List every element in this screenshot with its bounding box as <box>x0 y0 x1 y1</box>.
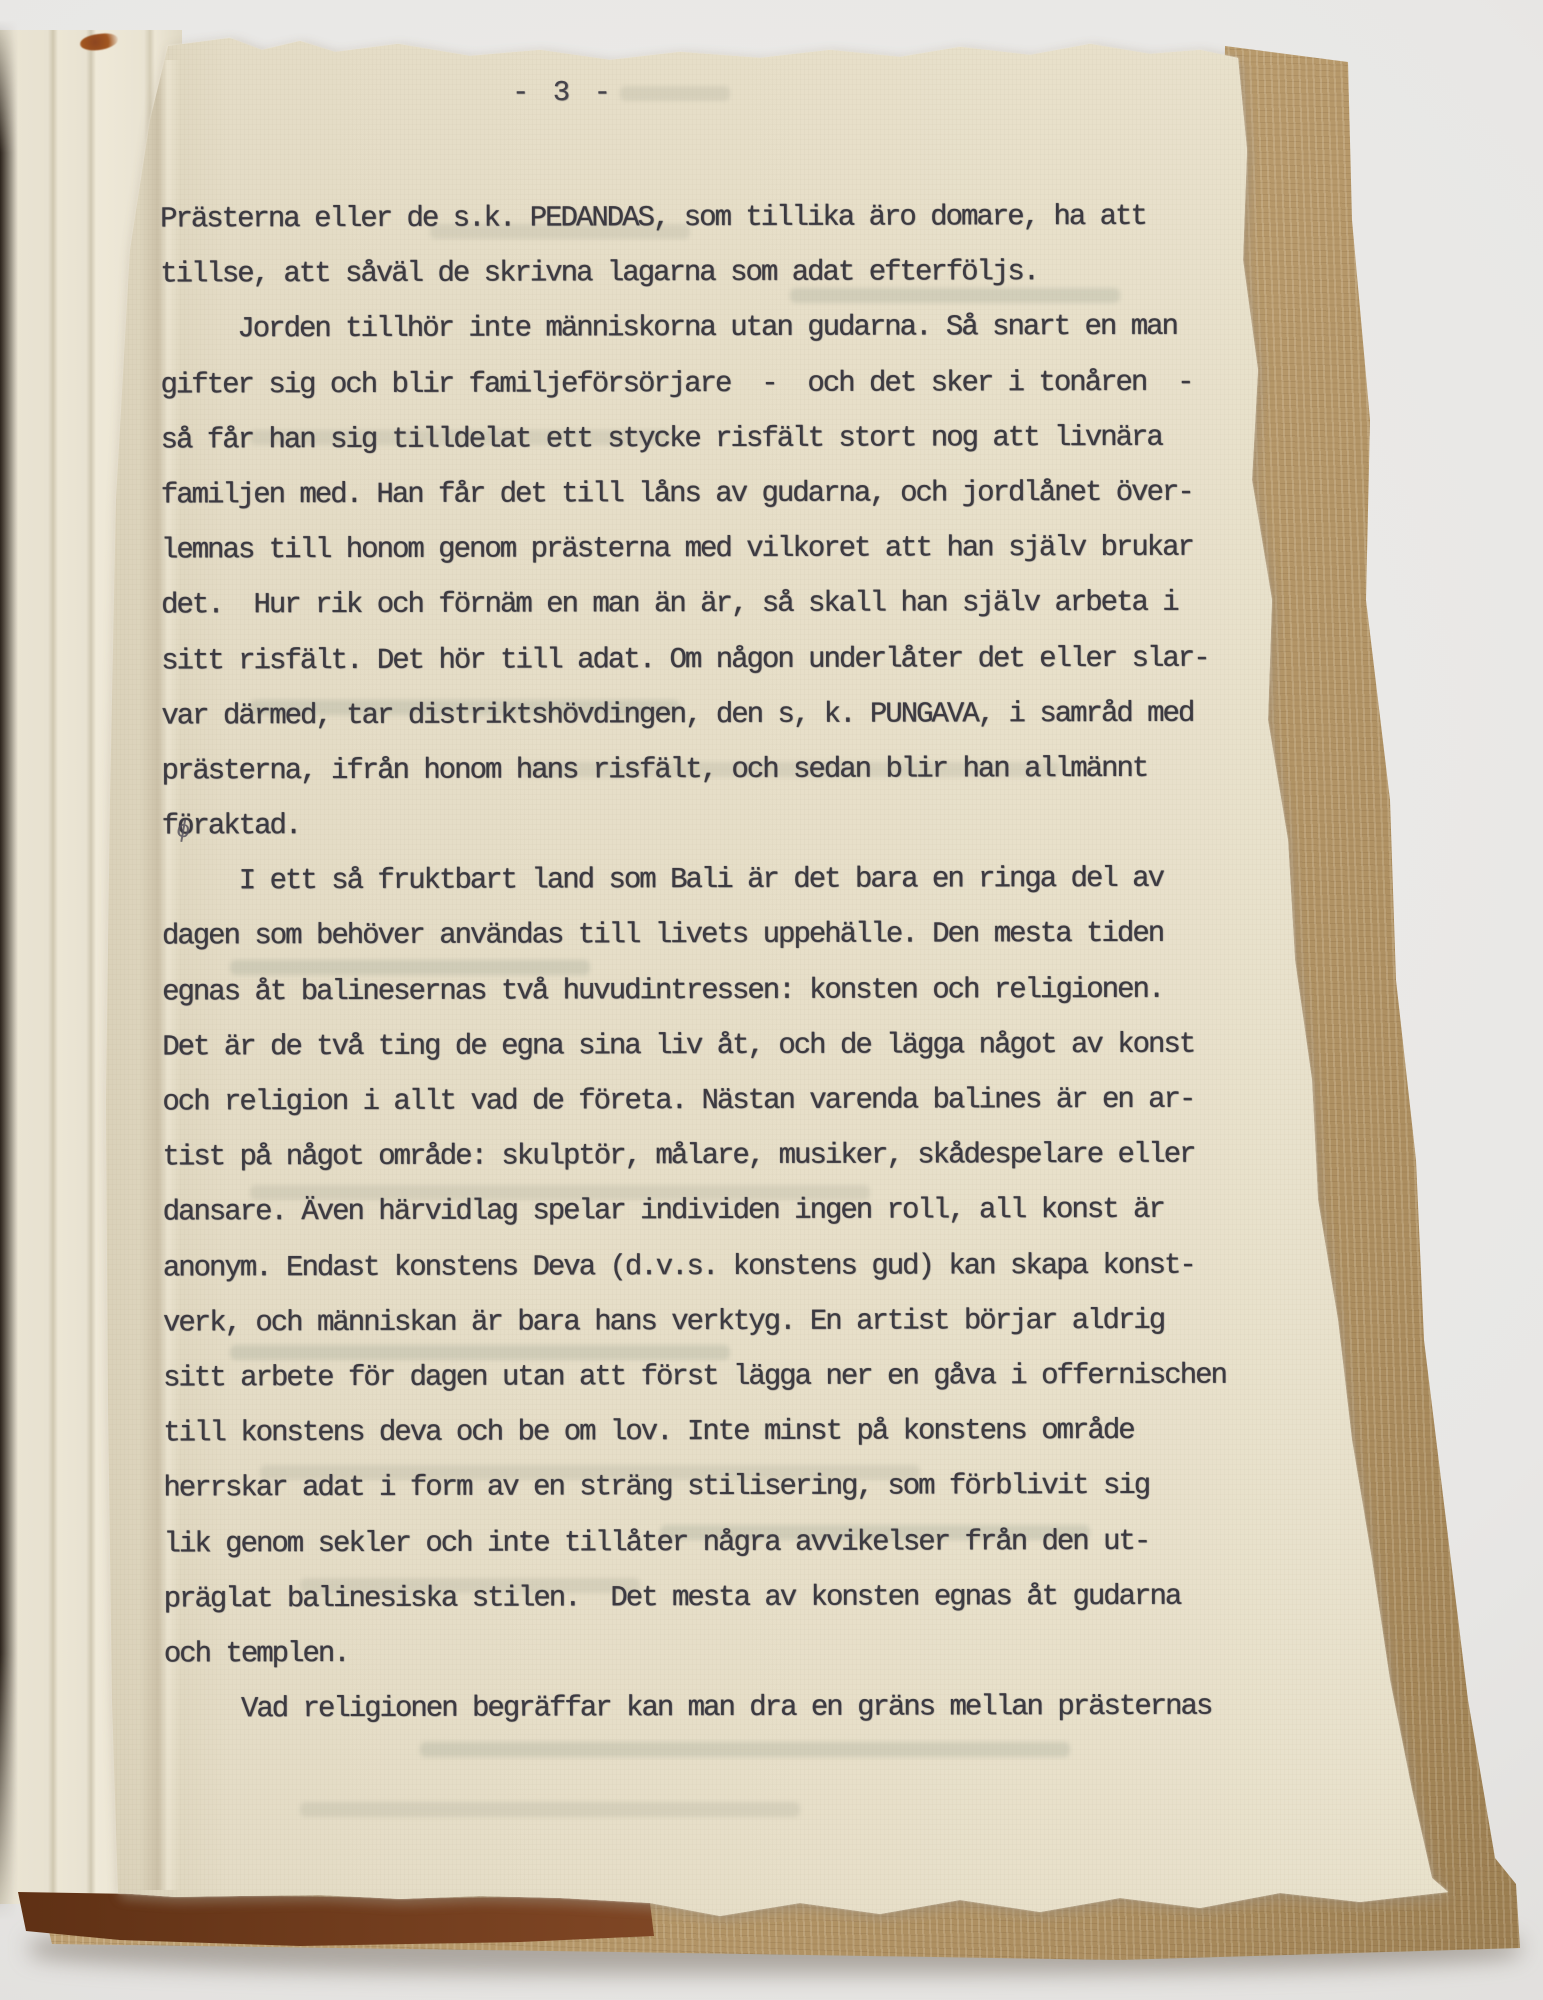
page-number: - 3 - <box>512 76 614 109</box>
text-line: lik genom sekler och inte tillåter några… <box>163 1513 1283 1571</box>
text-line: Det är de två ting de egna sina liv åt, … <box>162 1016 1282 1074</box>
text-line: Prästerna eller de s.k. PEDANDAS, som ti… <box>160 189 1280 247</box>
text-line: och templen. <box>164 1623 1284 1681</box>
typewritten-page: - 3 - Prästerna eller de s.k. PEDANDAS, … <box>0 0 1543 2000</box>
text-line: föraktad. <box>162 796 1282 854</box>
text-line: egnas åt balinesernas två huvudintressen… <box>162 961 1282 1019</box>
text-line: I ett så fruktbart land som Bali är det … <box>162 851 1282 909</box>
text-line: det. Hur rik och förnäm en man än är, så… <box>161 575 1281 633</box>
text-line: präglat balinesiska stilen. Det mesta av… <box>164 1568 1284 1626</box>
text-line: dagen som behöver användas till livets u… <box>162 906 1282 964</box>
text-line: prästerna, ifrån honom hans risfält, och… <box>161 740 1281 798</box>
typewritten-text: Prästerna eller de s.k. PEDANDAS, som ti… <box>160 189 1284 1737</box>
bleed-through-smudge <box>300 1802 800 1817</box>
text-line: till konstens deva och be om lov. Inte m… <box>163 1403 1283 1461</box>
page-wrapper: - 3 - Prästerna eller de s.k. PEDANDAS, … <box>0 0 1543 2000</box>
text-line: så får han sig tilldelat ett stycke risf… <box>161 409 1281 467</box>
text-line: och religion i allt vad de företa. Nästa… <box>162 1072 1282 1130</box>
text-line: tist på något område: skulptör, målare, … <box>162 1127 1282 1185</box>
text-line: Jorden tillhör inte människorna utan gud… <box>160 299 1280 357</box>
text-line: anonym. Endast konstens Deva (d.v.s. kon… <box>163 1237 1283 1295</box>
text-line: gifter sig och blir familjeförsörjare - … <box>160 354 1280 412</box>
text-line: verk, och människan är bara hans verktyg… <box>163 1292 1283 1350</box>
text-line: tillse, att såväl de skrivna lagarna som… <box>160 244 1280 302</box>
bleed-through-smudge <box>420 1742 1070 1757</box>
text-line: Vad religionen begräffar kan man dra en … <box>164 1679 1284 1737</box>
text-line: lemnas till honom genom prästerna med vi… <box>161 520 1281 578</box>
text-line: familjen med. Han får det till låns av g… <box>161 464 1281 522</box>
text-line: var därmed, tar distriktshövdingen, den … <box>161 685 1281 743</box>
text-line: sitt risfält. Det hör till adat. Om någo… <box>161 630 1281 688</box>
bleed-through-smudge <box>620 86 730 101</box>
text-line: sitt arbete för dagen utan att först läg… <box>163 1347 1283 1405</box>
photo-of-typescript-page: - 3 - Prästerna eller de s.k. PEDANDAS, … <box>0 0 1543 2000</box>
text-line: dansare. Även härvidlag spelar individen… <box>163 1182 1283 1240</box>
text-line: herrskar adat i form av en sträng stilis… <box>163 1458 1283 1516</box>
